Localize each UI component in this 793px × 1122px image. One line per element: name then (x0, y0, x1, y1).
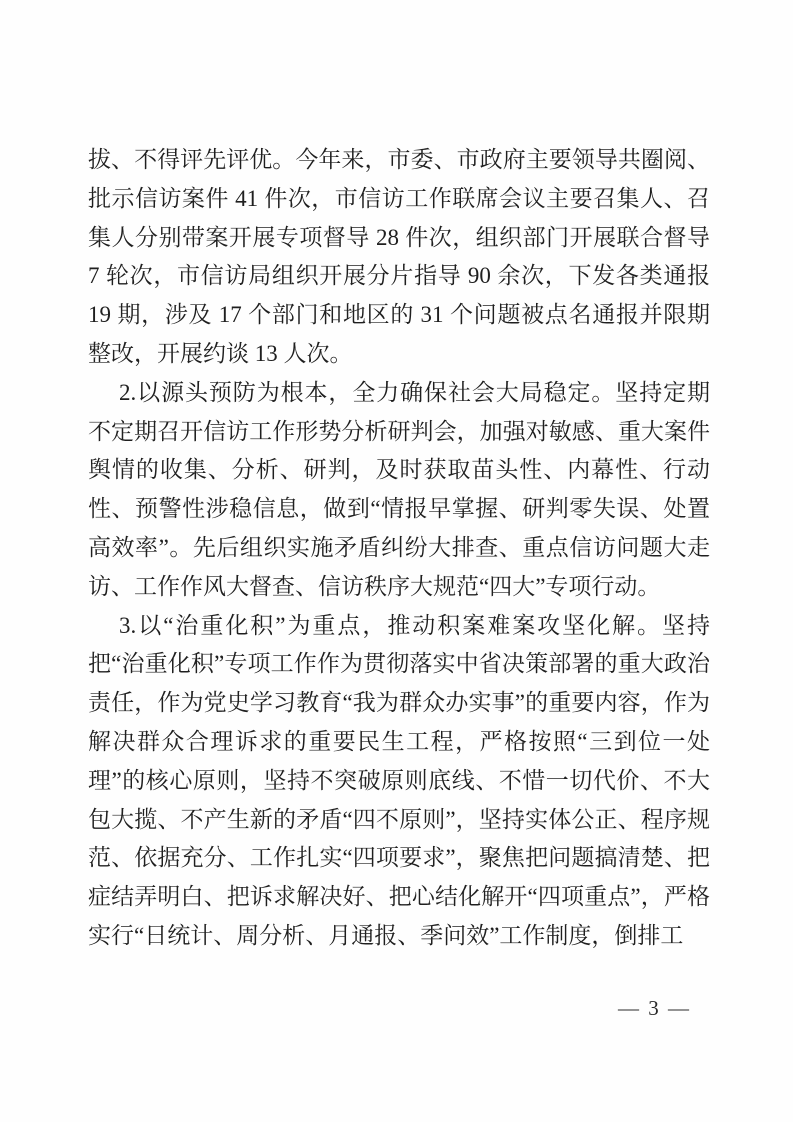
document-body: 拔、不得评先评优。今年来，市委、市政府主要领导共圈阅、批示信访案件 41 件次，… (88, 141, 710, 956)
document-page: 拔、不得评先评优。今年来，市委、市政府主要领导共圈阅、批示信访案件 41 件次，… (0, 0, 793, 1122)
paragraph-item-3: 3.以“治重化积”为重点，推动积案难案攻坚化解。坚持把“治重化积”专项工作作为贯… (88, 607, 710, 956)
paragraph-continuation: 拔、不得评先评优。今年来，市委、市政府主要领导共圈阅、批示信访案件 41 件次，… (88, 141, 710, 374)
page-number: — 3 — (618, 996, 691, 1020)
paragraph-item-2: 2.以源头预防为根本，全力确保社会大局稳定。坚持定期不定期召开信访工作形势分析研… (88, 374, 710, 607)
page-footer: — 3 — (618, 996, 691, 1021)
